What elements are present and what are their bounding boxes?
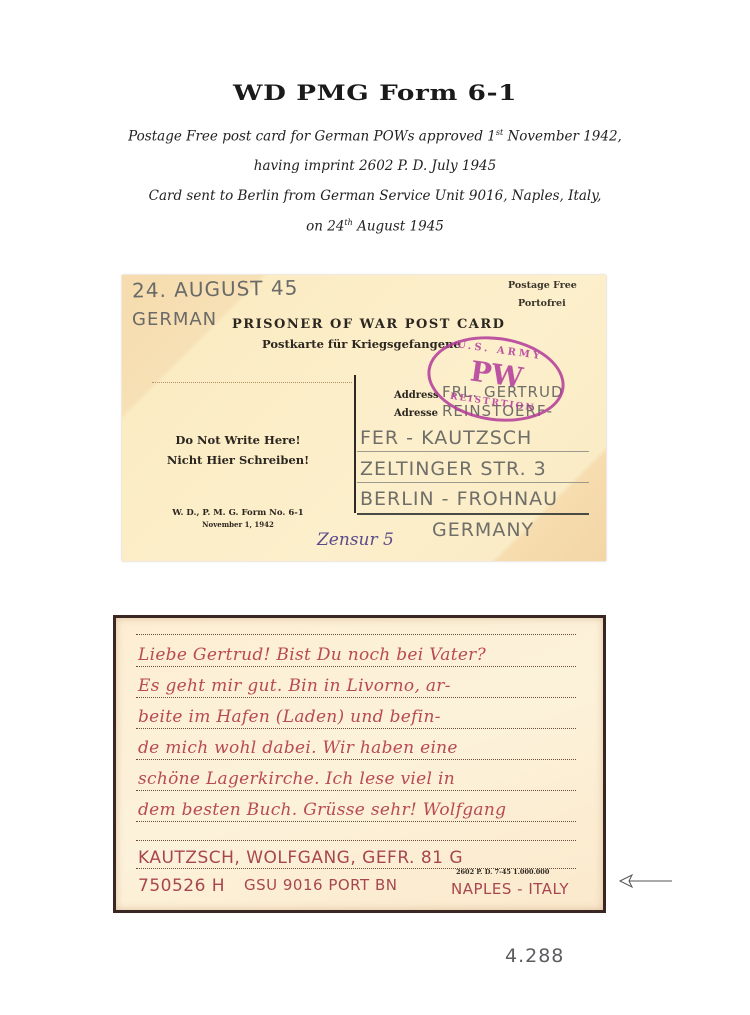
writing-rule — [136, 728, 576, 729]
postage-free-de: Portofrei — [518, 298, 566, 309]
caption-line-1: Postage Free post card for German POWs a… — [0, 128, 750, 145]
address-line-4: ZELTINGER STR. 3 — [360, 458, 547, 480]
address-line-3: FER - KAUTZSCH — [360, 427, 532, 449]
writing-rule — [136, 840, 576, 841]
sender-name: KAUTZSCH, WOLFGANG, GEFR. 81 G — [138, 848, 463, 868]
writing-rule — [136, 666, 576, 667]
postcard-front: 24. AUGUST 45 GERMAN PRISONER OF WAR POS… — [122, 275, 606, 561]
writing-rule — [136, 697, 576, 698]
address-label-de: Adresse — [394, 408, 438, 419]
sender-unit: GSU 9016 PORT BN — [244, 876, 397, 894]
address-rule — [357, 513, 589, 515]
message-line-4: de mich wohl dabei. Wir haben eine — [138, 738, 458, 758]
sender-location: NAPLES - ITALY — [451, 880, 569, 898]
address-divider — [354, 375, 356, 513]
divider-line — [152, 382, 352, 383]
sender-number: 750526 H — [138, 876, 225, 896]
caption-line-3: Card sent to Berlin from German Service … — [0, 188, 750, 204]
postcard-back: Liebe Gertrud! Bist Du noch bei Vater? E… — [113, 615, 606, 913]
printer-imprint: 2602 P. D. 7-45 1.000.000 — [456, 868, 549, 876]
do-not-write-notice: Do Not Write Here! Nicht Hier Schreiben! — [122, 430, 354, 470]
address-rule — [357, 451, 589, 452]
message-line-1: Liebe Gertrud! Bist Du noch bei Vater? — [138, 645, 486, 665]
address-rule — [357, 482, 589, 483]
reference-number: 4.288 — [505, 945, 564, 967]
form-identifier: W. D., P. M. G. Form No. 6-1 November 1,… — [122, 507, 354, 531]
handwritten-nationality: GERMAN — [132, 309, 217, 330]
message-line-5: schöne Lagerkirche. Ich lese viel in — [138, 769, 455, 789]
writing-rule — [136, 821, 576, 822]
message-line-6: dem besten Buch. Grüsse sehr! Wolfgang — [138, 800, 506, 820]
writing-rule — [136, 759, 576, 760]
address-line-5: BERLIN - FROHNAU — [360, 488, 558, 510]
censor-mark: Zensur 5 — [317, 530, 394, 550]
handwritten-date: 24. AUGUST 45 — [132, 276, 299, 303]
message-line-3: beite im Hafen (Laden) und befin- — [138, 707, 441, 727]
message-line-2: Es geht mir gut. Bin in Livorno, ar- — [138, 676, 451, 696]
postage-free-en: Postage Free — [508, 280, 577, 291]
page-title: WD PMG Form 6-1 — [0, 80, 750, 105]
card-heading-de: Postkarte für Kriegsgefangene — [262, 337, 461, 351]
address-line-6: GERMANY — [432, 519, 534, 541]
arrow-pointer-icon — [618, 873, 673, 889]
writing-rule — [136, 790, 576, 791]
caption-line-2: having imprint 2602 P. D. July 1945 — [0, 158, 750, 174]
caption-line-4: on 24th August 1945 — [0, 218, 750, 235]
writing-rule — [136, 634, 576, 635]
card-heading-en: PRISONER OF WAR POST CARD — [232, 317, 505, 332]
